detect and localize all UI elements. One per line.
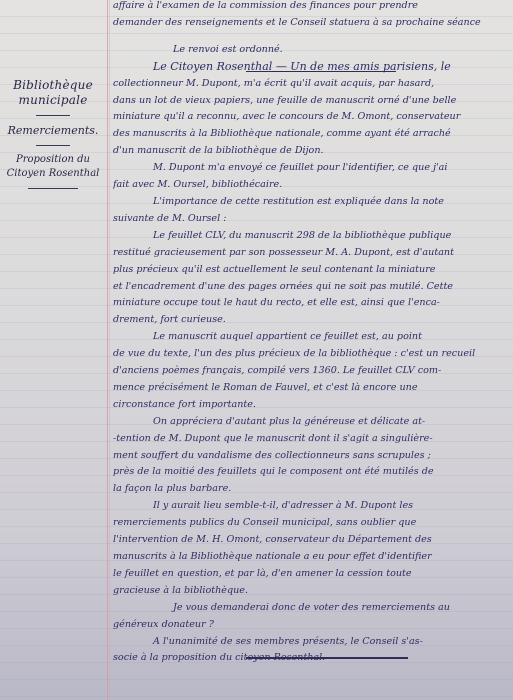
text-line: Le manuscrit auquel appartient ce feuill… xyxy=(113,329,511,346)
text-line: restitué gracieusement par son possesseu… xyxy=(113,245,511,262)
text-line: affaire à l'examen de la commission des … xyxy=(113,0,511,15)
text-line: et l'encadrement d'une des pages ornées … xyxy=(113,279,511,296)
resolution-line: Le renvoi est ordonné. xyxy=(113,42,511,59)
margin-rule-secondary xyxy=(109,0,110,700)
text-line: fait avec M. Oursel, bibliothécaire. xyxy=(113,177,511,194)
text-line: des manuscrits à la Bibliothèque nationa… xyxy=(113,126,511,143)
text-line: drement, fort curieuse. xyxy=(113,312,511,329)
text-line: de vue du texte, l'un des plus précieux … xyxy=(113,346,511,363)
end-rule xyxy=(246,657,408,659)
text-line: près de la moitié des feuillets qui le c… xyxy=(113,464,511,481)
margin-divider xyxy=(36,115,70,116)
margin-title-line1: Bibliothèque xyxy=(0,78,106,93)
margin-rule xyxy=(107,0,108,700)
text-line: miniature qu'il a reconnu, avec le conco… xyxy=(113,109,511,126)
margin-sub-line2: Citoyen Rosenthal xyxy=(0,167,106,181)
margin-divider xyxy=(36,145,70,146)
blank-line xyxy=(113,32,511,42)
margin-divider xyxy=(28,188,78,189)
text-line: plus précieux qu'il est actuellement le … xyxy=(113,262,511,279)
text-line: le feuillet en question, et par là, d'en… xyxy=(113,566,511,583)
margin-title-line2: municipale xyxy=(0,93,106,108)
text-line: remerciements publics du Conseil municip… xyxy=(113,515,511,532)
text-line: A l'unanimité de ses membres présents, l… xyxy=(113,634,511,651)
text-line: manuscrits à la Bibliothèque nationale a… xyxy=(113,549,511,566)
document-page: Bibliothèque municipale Remerciements. P… xyxy=(0,0,513,700)
text-line: l'intervention de M. H. Omont, conservat… xyxy=(113,532,511,549)
text-line: ment souffert du vandalisme des collecti… xyxy=(113,448,511,465)
margin-sub-line1: Proposition du xyxy=(0,153,106,167)
text-line: collectionneur M. Dupont, m'a écrit qu'i… xyxy=(113,76,511,93)
text-line: généreux donateur ? xyxy=(113,617,511,634)
text-line: Je vous demanderai donc de voter des rem… xyxy=(113,600,511,617)
text-line: Le feuillet CLV, du manuscrit 298 de la … xyxy=(113,228,511,245)
text-line: d'un manuscrit de la bibliothèque de Dij… xyxy=(113,143,511,160)
text-line: dans un lot de vieux papiers, une feuill… xyxy=(113,93,511,110)
text-line: mence précisément le Roman de Fauvel, et… xyxy=(113,380,511,397)
speaker-line: Le Citoyen Rosenthal — Un de mes amis pa… xyxy=(113,59,511,76)
text-line: suivante de M. Oursel : xyxy=(113,211,511,228)
text-line: Il y aurait lieu semble-t-il, d'adresser… xyxy=(113,498,511,515)
text-line: L'importance de cette restitution est ex… xyxy=(113,194,511,211)
text-line: gracieuse à la bibliothèque. xyxy=(113,583,511,600)
document-body: affaire à l'examen de la commission des … xyxy=(113,0,511,667)
text-line: On appréciera d'autant plus la généreuse… xyxy=(113,414,511,431)
text-line: d'anciens poèmes français, compilé vers … xyxy=(113,363,511,380)
text-line: M. Dupont m'a envoyé ce feuillet pour l'… xyxy=(113,160,511,177)
margin-heading: Remerciements. xyxy=(0,123,106,138)
text-line: circonstance fort importante. xyxy=(113,397,511,414)
text-line: la façon la plus barbare. xyxy=(113,481,511,498)
section-rule xyxy=(246,71,396,72)
text-line: miniature occupe tout le haut du recto, … xyxy=(113,295,511,312)
text-line: demander des renseignements et le Consei… xyxy=(113,15,511,32)
text-line: -tention de M. Dupont que le manuscrit d… xyxy=(113,431,511,448)
margin-notes: Bibliothèque municipale Remerciements. P… xyxy=(0,78,106,196)
